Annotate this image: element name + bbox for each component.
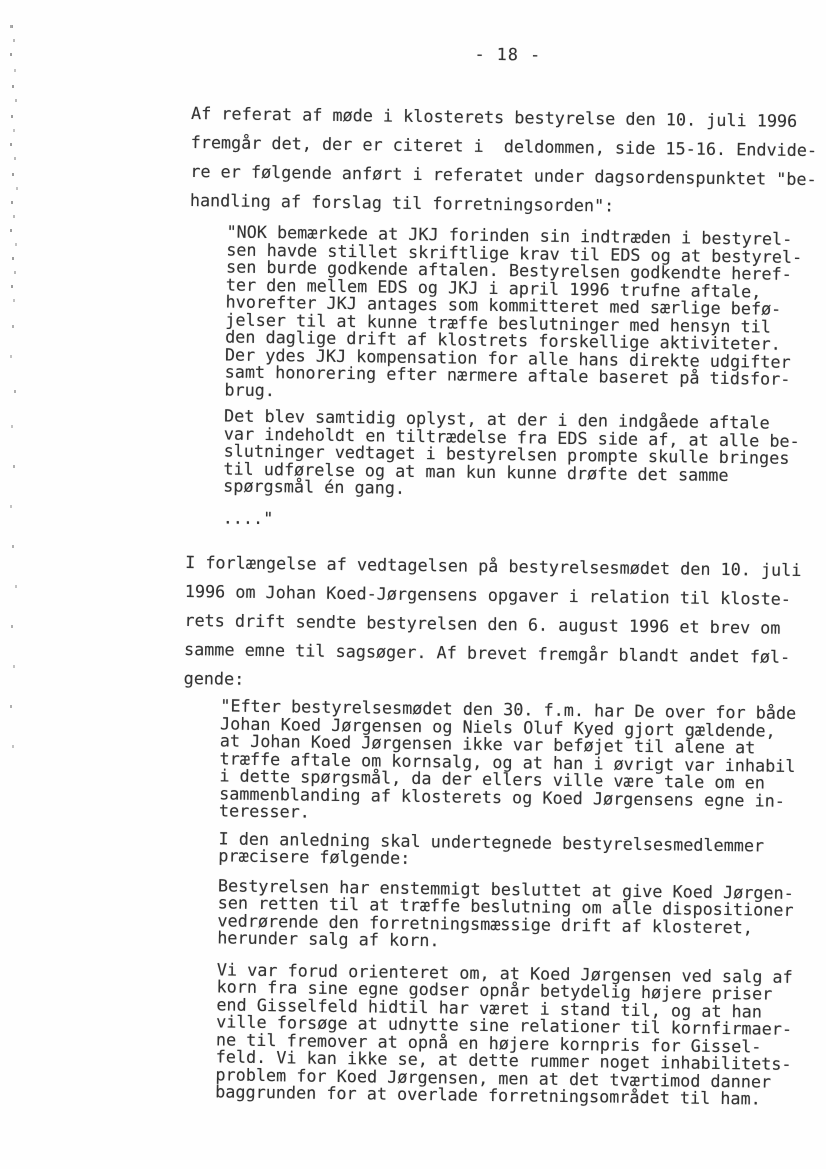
quote1-part2: Det blev samtidig oplyst, at der i den i… [223, 407, 819, 502]
quote2-part2: I den anledning skal undertegnede bestyr… [218, 830, 813, 873]
quote2-part3: Bestyrelsen har enstemmigt besluttet at … [217, 877, 813, 955]
quote2-part1: "Efter bestyrelsesmødet den 30. f.m. har… [219, 697, 816, 827]
quote2-part4: Vi var forud orienteret om, at Koed Jørg… [215, 961, 812, 1109]
quote1-ellipsis: ...." [223, 509, 818, 534]
paragraph-second: I forlængelse af vedtagelsen på bestyrel… [183, 548, 817, 701]
scan-noise-left-edge [10, 25, 12, 28]
typewritten-content: - 18 - Af referat af møde i klosterets b… [178, 42, 824, 1109]
page-number: - 18 - [192, 42, 824, 67]
paragraph-intro: Af referat af møde i klosterets bestyrel… [190, 99, 823, 223]
quote1-part1: "NOK bemærkede at JKJ forinden sin indtr… [224, 223, 821, 406]
scanned-document-page: - 18 - Af referat af møde i klosterets b… [0, 0, 826, 1169]
